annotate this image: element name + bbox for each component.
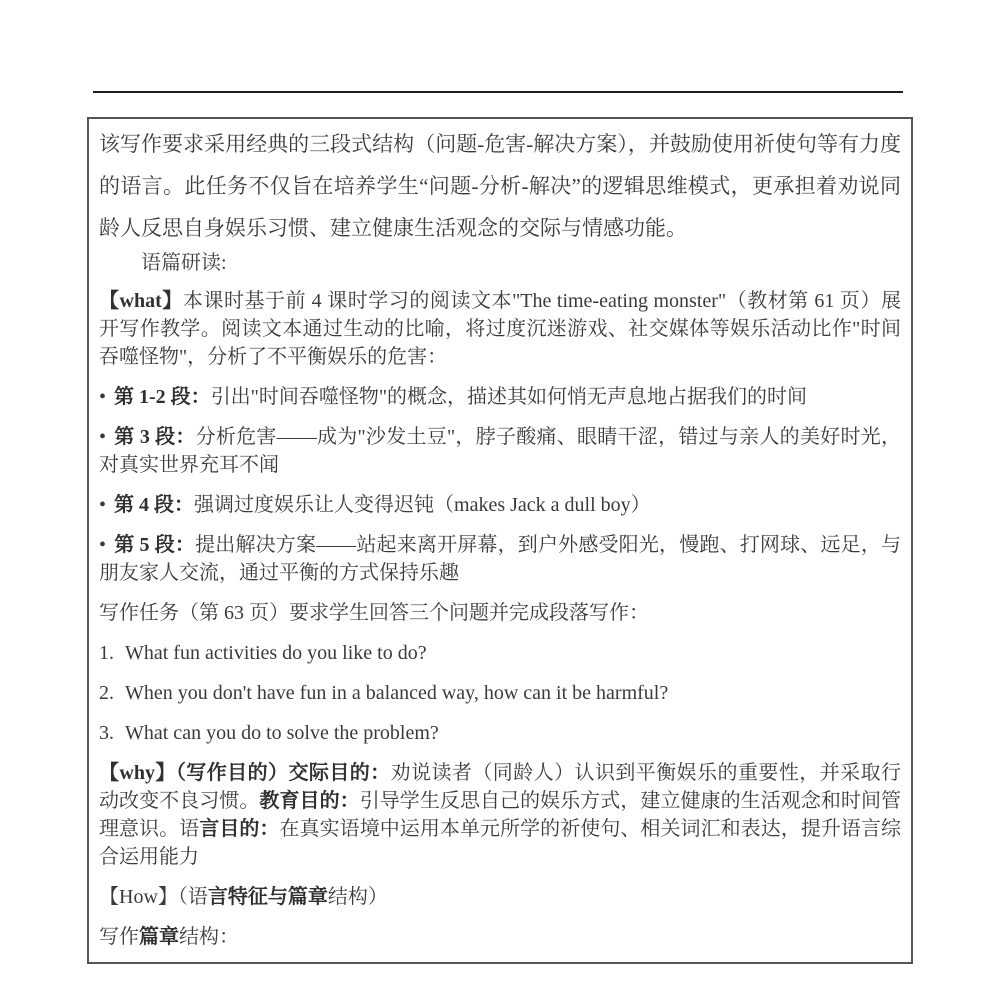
bullet-text: 提出解决方案——站起来离开屏幕，到户外感受阳光，慢跑、打网球、远足，与朋友家人交… [99,534,901,584]
bullet-item-para-4: •第 4 段：强调过度娱乐让人变得迟钝（makes Jack a dull bo… [99,491,901,519]
bullet-text: 分析危害——成为"沙发土豆"，脖子酸痛、眼睛干涩，错过与亲人的美好时光，对真实世… [99,426,901,476]
question-item-1: 1.What fun activities do you like to do? [99,639,901,667]
structure-heading: 写作篇章结构： [99,923,901,951]
how-tail: 结构） [328,886,388,908]
bullet-icon: • [99,383,106,411]
intro-paragraph: 该写作要求采用经典的三段式结构（问题-危害-解决方案），并鼓励使用祈使句等有力度… [99,123,901,249]
why-paragraph: 【why】（写作目的）交际目的：劝说读者（同龄人）认识到平衡娱乐的重要性，并采取… [99,759,901,871]
question-text: What can you do to solve the problem? [125,722,439,744]
bullet-text: 强调过度娱乐让人变得迟钝（makes Jack a dull boy） [194,494,651,516]
document-frame: 该写作要求采用经典的三段式结构（问题-危害-解决方案），并鼓励使用祈使句等有力度… [87,117,913,964]
how-heading: 【How】（语言特征与篇章结构） [99,883,901,911]
structure-bold-part: 篇章 [139,926,179,948]
question-text: When you don't have fun in a balanced wa… [125,682,668,704]
bullet-item-para-1-2: •第 1-2 段：引出"时间吞噬怪物"的概念，描述其如何悄无声息地占据我们的时间 [99,383,901,411]
question-item-3: 3.What can you do to solve the problem? [99,719,901,747]
bullet-icon: • [99,423,106,451]
question-number: 3. [99,719,114,747]
question-number: 1. [99,639,114,667]
structure-prefix: 写作 [99,926,139,948]
bullet-item-para-3: •第 3 段：分析危害——成为"沙发土豆"，脖子酸痛、眼睛干涩，错过与亲人的美好… [99,423,901,479]
top-horizontal-rule [93,91,903,93]
how-tag: 【How】（语 [99,886,208,908]
what-tag: 【what】 [99,290,183,312]
why-educational-goal-label: 教育目的： [259,790,359,812]
bullet-label: 第 1-2 段： [114,386,211,408]
why-language-goal-label: 言目的： [199,818,279,840]
bullet-text: 引出"时间吞噬怪物"的概念，描述其如何悄无声息地占据我们的时间 [211,386,807,408]
writing-task-line: 写作任务（第 63 页）要求学生回答三个问题并完成段落写作： [99,599,901,627]
section-label-discourse-study: 语篇研读: [99,249,901,277]
what-body: 本课时基于前 4 课时学习的阅读文本"The time-eating monst… [99,290,901,368]
why-tag-and-communicative-goal: 【why】（写作目的）交际目的： [99,762,391,784]
why-language-goal-prefix: 语 [179,818,199,840]
how-bold-part: 言特征与篇章 [208,886,328,908]
bullet-icon: • [99,531,106,559]
structure-tail: 结构： [179,926,239,948]
bullet-icon: • [99,491,106,519]
bullet-item-para-5: •第 5 段：提出解决方案——站起来离开屏幕，到户外感受阳光，慢跑、打网球、远足… [99,531,901,587]
bullet-label: 第 3 段： [114,426,196,448]
question-text: What fun activities do you like to do? [125,642,427,664]
bullet-label: 第 4 段： [114,494,194,516]
bullet-label: 第 5 段： [114,534,195,556]
question-item-2: 2.When you don't have fun in a balanced … [99,679,901,707]
question-number: 2. [99,679,114,707]
what-paragraph: 【what】本课时基于前 4 课时学习的阅读文本"The time-eating… [99,287,901,371]
